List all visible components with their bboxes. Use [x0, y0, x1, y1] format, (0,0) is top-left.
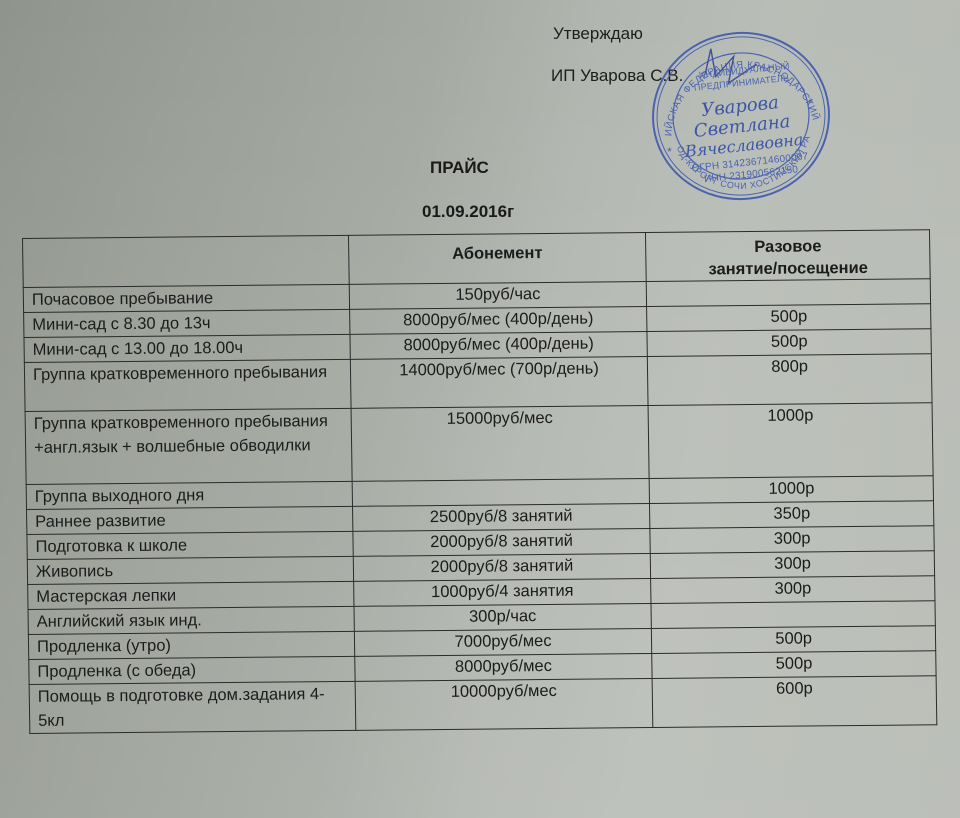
single-visit-price-cell: 500р — [652, 651, 936, 679]
subscription-price-cell — [352, 478, 650, 506]
service-name-cell: Раннее развитие — [27, 506, 353, 534]
subscription-price-cell: 8000руб/мес (400р/день) — [349, 307, 647, 335]
single-visit-price-cell — [647, 279, 931, 307]
service-name-cell: Живопись — [27, 556, 353, 584]
subscription-price-cell: 8000руб/мес (400р/день) — [350, 332, 648, 360]
single-visit-price-cell: 500р — [647, 329, 931, 357]
service-name-cell: Продленка (с обеда) — [29, 656, 355, 684]
single-visit-price-cell: 1000р — [648, 403, 933, 479]
single-visit-price-cell: 500р — [652, 626, 936, 654]
table-row: Группа кратковременного пребывания +англ… — [25, 403, 933, 485]
single-visit-price-cell — [651, 601, 935, 629]
subscription-price-cell: 14000руб/мес (700р/день) — [350, 356, 648, 408]
column-header-single-line2: занятие/посещение — [651, 256, 926, 281]
service-name-cell: Группа кратковременного пребывания — [24, 359, 350, 411]
single-visit-price-cell: 300р — [651, 576, 935, 604]
document-date: 01.09.2016г — [422, 202, 514, 222]
column-header-service — [23, 235, 349, 287]
single-visit-price-cell: 300р — [651, 551, 935, 579]
subscription-price-cell: 7000руб/мес — [354, 628, 652, 656]
single-visit-price-cell: 500р — [647, 304, 931, 332]
single-visit-price-cell: 800р — [648, 354, 932, 406]
page-title: ПРАЙС — [430, 158, 489, 178]
service-name-cell: Подготовка к школе — [27, 531, 353, 559]
subscription-price-cell: 10000руб/мес — [355, 678, 653, 730]
subscription-price-cell: 300р/час — [354, 603, 652, 631]
subscription-price-cell: 2500руб/8 занятий — [352, 503, 650, 531]
service-name-cell: Мини-сад с 8.30 до 13ч — [24, 309, 350, 337]
subscription-price-cell: 1000руб/4 занятия — [353, 578, 651, 606]
column-header-subscription: Абонемент — [348, 233, 646, 285]
subscription-price-cell: 2000руб/8 занятий — [353, 528, 651, 556]
service-name-cell: Помощь в подготовке дом.задания 4- 5кл — [29, 681, 355, 733]
subscription-price-cell: 150руб/час — [349, 282, 647, 310]
service-name-cell: Группа выходного дня — [26, 481, 352, 509]
column-header-single-line1: Разовое — [650, 234, 925, 259]
official-stamp: РОССИЙСКАЯ ФЕДЕРАЦИЯ КРАСНОДАРСКИЙ КРАЙ … — [642, 21, 841, 211]
service-name-cell: Мини-сад с 13.00 до 18.00ч — [24, 334, 350, 362]
subscription-price-cell: 8000руб/мес — [354, 653, 652, 681]
approve-label: Утверждаю — [553, 24, 643, 44]
table-row: Помощь в подготовке дом.задания 4- 5кл10… — [29, 676, 937, 734]
single-visit-price-cell: 350р — [650, 501, 934, 529]
subscription-price-cell: 2000руб/8 занятий — [353, 553, 651, 581]
service-name-cell: Почасовое пребывание — [23, 284, 349, 312]
single-visit-price-cell: 1000р — [649, 476, 933, 504]
price-table: Абонемент Разовое занятие/посещение Поча… — [22, 229, 937, 734]
column-header-single: Разовое занятие/посещение — [646, 230, 930, 282]
table-row: Группа кратковременного пребывания14000р… — [24, 354, 932, 412]
single-visit-price-cell: 300р — [650, 526, 934, 554]
subscription-price-cell: 15000руб/мес — [351, 405, 650, 481]
service-name-cell: Мастерская лепки — [28, 581, 354, 609]
single-visit-price-cell: 600р — [652, 676, 936, 728]
service-name-cell: Продленка (утро) — [28, 631, 354, 659]
table-header-row: Абонемент Разовое занятие/посещение — [23, 230, 931, 288]
service-name-cell: Группа кратковременного пребывания +англ… — [25, 408, 352, 484]
service-name-cell: Английский язык инд. — [28, 606, 354, 634]
